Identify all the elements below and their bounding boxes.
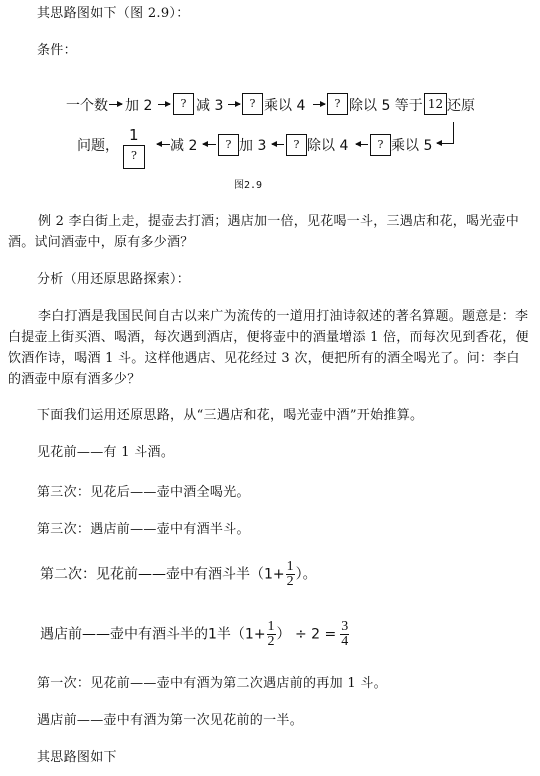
math-step-second-before-flower: 第二次：见花前——壶中有酒斗半（1+12）。	[40, 560, 317, 589]
fraction-result: 34	[340, 620, 349, 649]
unknown-box: ?	[370, 134, 391, 156]
fraction-denominator: 4	[340, 635, 349, 649]
diagram-start: 一个数	[66, 95, 108, 115]
arrow-left-icon	[203, 144, 216, 145]
unknown-box: ?	[173, 93, 194, 115]
diagram-op-sub3: 减 3	[196, 95, 223, 115]
answer-value: 1	[129, 126, 139, 144]
analysis-label: 分析（用还原思路探索）：	[37, 272, 190, 288]
step-item: 第三次：遇店前——壶中有酒半斗。	[37, 522, 250, 538]
arrow-left-icon	[157, 144, 170, 145]
diagram-op-mul4: 乘以 4	[264, 95, 305, 115]
arrow-left-icon	[356, 144, 368, 145]
diagram-op-div4: 除以 4	[307, 135, 348, 155]
step-item: 见花前——有 1 斗酒。	[37, 445, 174, 461]
math-text: ） ÷ 2 =	[277, 627, 337, 643]
result-box: 12	[424, 93, 447, 115]
fraction-half: 12	[267, 620, 276, 649]
analysis-paragraph: 李白打酒是我国民间自古以来广为流传的一道用打油诗叙述的著名算题。题意是：李白提壶…	[8, 306, 532, 390]
outro-text: 其思路图如下	[37, 750, 117, 766]
diagram-op-sub2: 减 2	[170, 135, 197, 155]
arrow-right-icon	[109, 104, 122, 105]
diagram-op-add3: 加 3	[239, 135, 266, 155]
math-text: ）。	[296, 567, 317, 583]
step-item: 遇店前——壶中有酒为第一次见花前的一半。	[37, 713, 303, 729]
figure-caption: 图2.9	[234, 176, 262, 191]
unknown-box: ?	[218, 134, 239, 156]
arrow-left-icon	[272, 144, 284, 145]
fraction-denominator: 2	[286, 575, 295, 589]
reasoning-intro: 下面我们运用还原思路，从“三遇店和花，喝光壶中酒”开始推算。	[37, 408, 423, 424]
diagram-restore: 还原	[447, 95, 475, 115]
example-paragraph: 例 2 李白街上走，提壶去打酒；遇店加一倍，见花喝一斗，三遇店和花，喝光壶中酒。…	[8, 211, 532, 253]
arrow-right-icon	[158, 104, 170, 105]
math-text: 遇店前——壶中有酒斗半的1半（1+	[40, 627, 266, 643]
math-text: 第二次：见花前——壶中有酒斗半（1+	[40, 567, 285, 583]
arrow-right-icon	[313, 104, 325, 105]
unknown-box: ?	[242, 93, 263, 115]
intro-text: 其思路图如下（图 2.9）：	[37, 6, 190, 22]
fraction-numerator: 1	[267, 620, 276, 635]
arrow-left-icon	[437, 143, 454, 144]
fraction-numerator: 1	[286, 560, 295, 575]
step-item: 第三次：见花后——壶中酒全喝光。	[37, 485, 250, 501]
fraction-numerator: 3	[340, 620, 349, 635]
diagram-op-div5: 除以 5 等于	[349, 95, 423, 115]
connector-line	[453, 122, 454, 144]
diagram-op-mul5: 乘以 5	[391, 135, 432, 155]
fraction-half: 12	[286, 560, 295, 589]
fraction-denominator: 2	[267, 635, 276, 649]
math-step-before-shop: 遇店前——壶中有酒斗半的1半（1+12） ÷ 2 =34	[40, 620, 350, 649]
condition-label: 条件：	[37, 43, 77, 59]
answer-box: ?	[123, 145, 145, 169]
unknown-box: ?	[286, 134, 307, 156]
step-item: 第一次：见花前——壶中有酒为第二次遇店前的再加 1 斗。	[37, 676, 387, 692]
diagram-question-label: 问题，	[77, 135, 119, 155]
arrow-right-icon	[228, 104, 240, 105]
diagram-op-add2: 加 2	[125, 95, 152, 115]
unknown-box: ?	[327, 93, 348, 115]
